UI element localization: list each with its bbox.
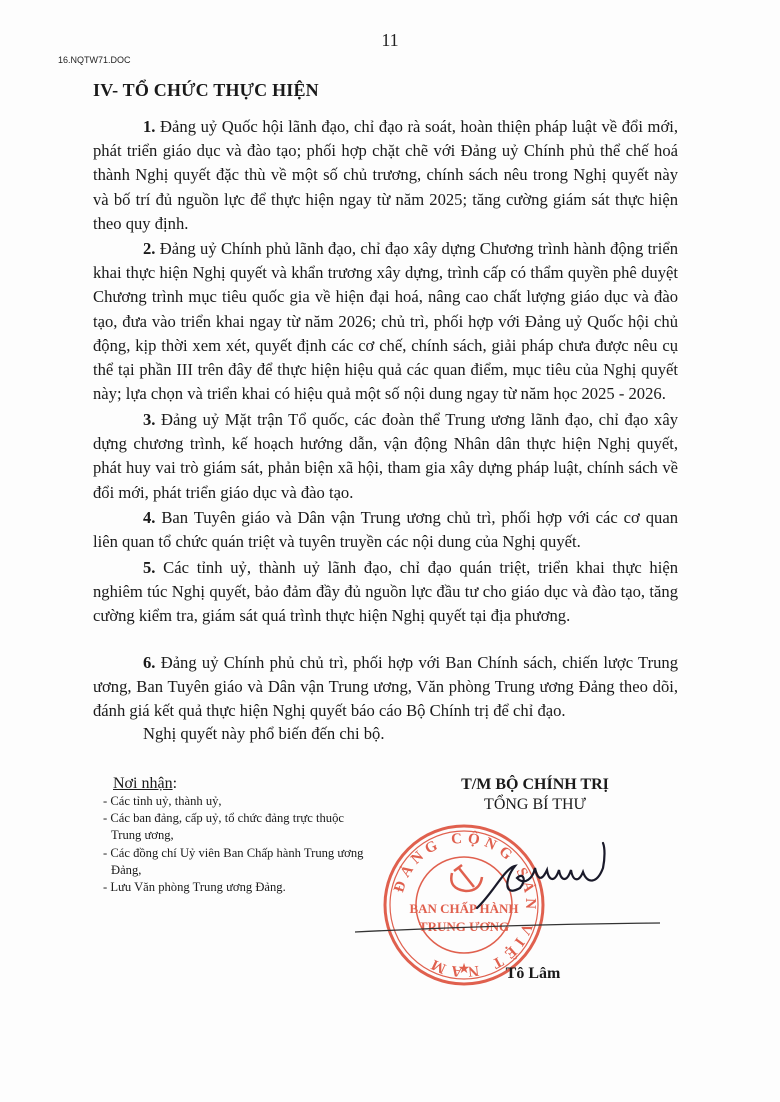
recipient-item: - Lưu Văn phòng Trung ương Đảng. [103,879,373,896]
signature-line [355,920,660,934]
paragraph-number: 6. [143,653,155,672]
recipients-heading: Nơi nhận: [103,775,373,793]
paragraph-text: Đảng uỷ Chính phủ lãnh đạo, chỉ đạo xây … [93,239,678,403]
paragraph-number: 3. [143,410,155,429]
paragraph-5: 5. Các tỉnh uỷ, thành uỷ lãnh đạo, chỉ đ… [93,556,678,629]
document-code: 16.NQTW71.DOC [58,55,131,65]
recipients-colon: : [173,775,177,792]
recipients-block: Nơi nhận: - Các tỉnh uỷ, thành uỷ, - Các… [103,775,373,896]
paragraph-3: 3. Đảng uỷ Mặt trận Tổ quốc, các đoàn th… [93,408,678,505]
recipient-item: - Các tỉnh uỷ, thành uỷ, [103,793,373,810]
paragraph-text: Đảng uỷ Chính phủ chủ trì, phối hợp với … [93,653,678,720]
svg-text:★: ★ [458,962,471,977]
handwritten-signature-icon [475,838,615,918]
page-number: 11 [370,30,410,51]
signing-authority: T/M BỘ CHÍNH TRỊ [430,775,640,795]
paragraph-1: 1. Đảng uỷ Quốc hội lãnh đạo, chỉ đạo rà… [93,115,678,236]
recipient-list: - Các tỉnh uỷ, thành uỷ, - Các ban đảng,… [103,793,373,896]
recipient-item: - Các ban đảng, cấp uỷ, tổ chức đảng trự… [103,810,373,844]
signer-position: TỔNG BÍ THƯ [430,795,640,815]
recipient-item: - Các đồng chí Uỷ viên Ban Chấp hành Tru… [103,845,373,879]
paragraph-number: 1. [143,117,155,136]
paragraph-number: 5. [143,558,155,577]
paragraph-2: 2. Đảng uỷ Chính phủ lãnh đạo, chỉ đạo x… [93,237,678,406]
section-title: IV- TỔ CHỨC THỰC HIỆN [93,80,319,101]
paragraph-text: Các tỉnh uỷ, thành uỷ lãnh đạo, chỉ đạo … [93,558,678,625]
paragraph-6: 6. Đảng uỷ Chính phủ chủ trì, phối hợp v… [93,651,678,724]
signature-block: T/M BỘ CHÍNH TRỊ TỔNG BÍ THƯ [430,775,640,815]
paragraph-number: 2. [143,239,155,258]
signer-name: Tô Lâm [478,965,588,983]
paragraph-4: 4. Ban Tuyên giáo và Dân vận Trung ương … [93,506,678,554]
recipients-title: Nơi nhận [113,775,173,792]
document-page: 16.NQTW71.DOC 11 IV- TỔ CHỨC THỰC HIỆN 1… [0,0,780,1102]
paragraph-text: Ban Tuyên giáo và Dân vận Trung ương chủ… [93,508,678,551]
paragraph-text: Đảng uỷ Mặt trận Tổ quốc, các đoàn thể T… [93,410,678,502]
paragraph-text: Đảng uỷ Quốc hội lãnh đạo, chỉ đạo rà so… [93,117,678,233]
closing-statement: Nghị quyết này phổ biến đến chi bộ. [93,722,678,746]
paragraph-number: 4. [143,508,155,527]
